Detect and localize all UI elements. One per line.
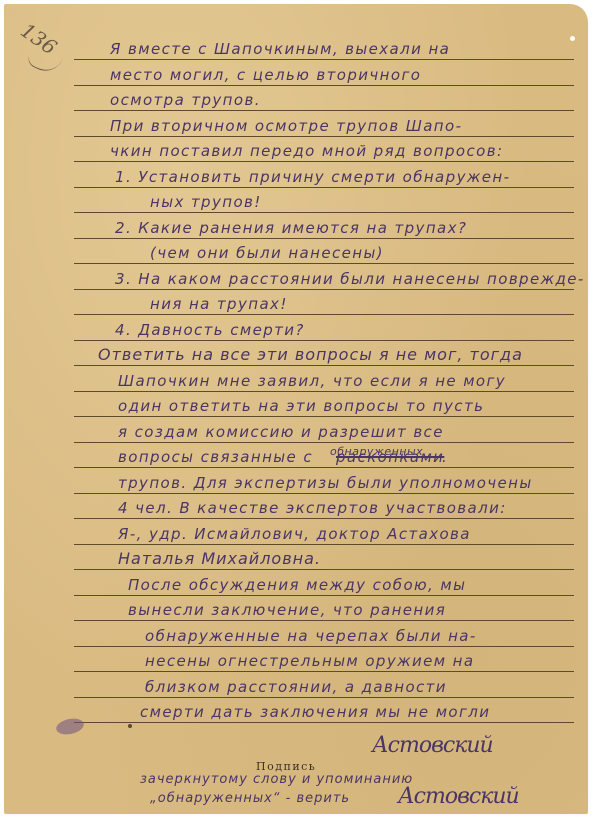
handwritten-line: вопросы связанные с <box>118 448 313 466</box>
handwritten-line: 2. Какие ранения имеются на трупах? <box>115 219 467 237</box>
ruled-line: Шапочкин мне заявил, что если я не могу <box>74 366 574 392</box>
ruled-line: место могил, с целью вторичного <box>74 60 574 86</box>
ruled-line: чкин поставил передо мной ряд вопросов: <box>74 136 574 162</box>
ruled-line: Ответить на все эти вопросы я не мог, то… <box>74 340 574 366</box>
ruled-line: осмотра трупов. <box>74 85 574 111</box>
ruled-line: После обсуждения между собою, мы <box>74 570 574 596</box>
ruled-line: 3. На каком расстоянии были нанесены пов… <box>74 264 574 290</box>
handwritten-line: я создам комиссию и разрешит все <box>118 423 444 441</box>
ruled-line: ных трупов! <box>74 187 574 213</box>
handwritten-line: близком расстоянии, а давности <box>145 678 447 696</box>
handwritten-line: Шапочкин мне заявил, что если я не могу <box>118 372 506 390</box>
handwritten-line: 1. Установить причину смерти обнаружен- <box>115 168 510 186</box>
interlinear-correction: обнаруженных <box>330 445 423 458</box>
handwritten-line: 4. Давность смерти? <box>115 321 305 339</box>
handwritten-line: Я-, удр. Исмайлович, доктор Астахова <box>118 525 471 543</box>
ruled-line: несены огнестрельным оружием на <box>74 646 574 672</box>
ruled-line: Наталья Михайловна. <box>74 544 574 570</box>
signature-1: Астовский <box>372 733 493 758</box>
handwritten-line: место могил, с целью вторичного <box>110 66 421 84</box>
ruled-line: 4. Давность смерти? <box>74 315 574 341</box>
handwritten-line: один ответить на эти вопросы то пусть <box>118 397 484 415</box>
handwritten-line: осмотра трупов. <box>110 91 261 109</box>
handwritten-line: обнаруженные на черепах были на- <box>145 627 477 645</box>
ruled-line: ния на трупах! <box>74 289 574 315</box>
handwritten-line: ных трупов! <box>150 193 262 211</box>
ruled-line: 4 чел. В качестве экспертов участвовали: <box>74 493 574 519</box>
ink-dot <box>128 724 132 728</box>
ruled-line: При вторичном осмотре трупов Шапо- <box>74 111 574 137</box>
ruled-line: 2. Какие ранения имеются на трупах? <box>74 213 574 239</box>
ruled-line: вынесли заключение, что ранения <box>74 595 574 621</box>
handwritten-line: несены огнестрельным оружием на <box>145 652 474 670</box>
handwritten-line: смерти дать заключения мы не могли <box>140 703 490 721</box>
ruled-line: я создам комиссию и разрешит все <box>74 417 574 443</box>
footnote-line-2: „обнаруженных“ - верить <box>150 791 350 806</box>
handwritten-line: Наталья Михайловна. <box>118 549 321 568</box>
handwritten-line: 3. На каком расстоянии были нанесены пов… <box>115 270 585 288</box>
ruled-line: вопросы связанные с раскопками. <box>74 442 574 468</box>
ruled-line: трупов. Для экспертизы были уполномочены <box>74 468 574 494</box>
handwritten-line: чкин поставил передо мной ряд вопросов: <box>110 142 503 160</box>
handwritten-line: 4 чел. В качестве экспертов участвовали: <box>118 499 507 517</box>
handwritten-line: После обсуждения между собою, мы <box>128 576 466 594</box>
handwritten-line: Ответить на все эти вопросы я не мог, то… <box>98 345 523 364</box>
signature-2: Астовский <box>398 784 519 809</box>
handwritten-line: вынесли заключение, что ранения <box>128 601 446 619</box>
handwritten-line: (чем они были нанесены) <box>150 244 384 262</box>
handwritten-line: При вторичном осмотре трупов Шапо- <box>110 117 462 135</box>
handwritten-line: Я вместе с Шапочкиным, выехали на <box>110 40 450 58</box>
footnote-line-1: зачеркнутому слову и упоминанию <box>140 772 413 787</box>
ruled-line: (чем они были нанесены) <box>74 238 574 264</box>
ruled-line: смерти дать заключения мы не могли <box>74 697 574 723</box>
ruled-line: один ответить на эти вопросы то пусть <box>74 391 574 417</box>
handwritten-line: трупов. Для экспертизы были уполномочены <box>118 474 533 492</box>
ruled-line: 1. Установить причину смерти обнаружен- <box>74 162 574 188</box>
ruled-line: Я вместе с Шапочкиным, выехали на <box>74 34 574 60</box>
ruled-line: близком расстоянии, а давности <box>74 672 574 698</box>
ruled-line: обнаруженные на черепах были на- <box>74 621 574 647</box>
ruled-line: Я-, удр. Исмайлович, доктор Астахова <box>74 519 574 545</box>
handwritten-line: ния на трупах! <box>150 295 288 313</box>
punctuation: . <box>442 448 448 466</box>
